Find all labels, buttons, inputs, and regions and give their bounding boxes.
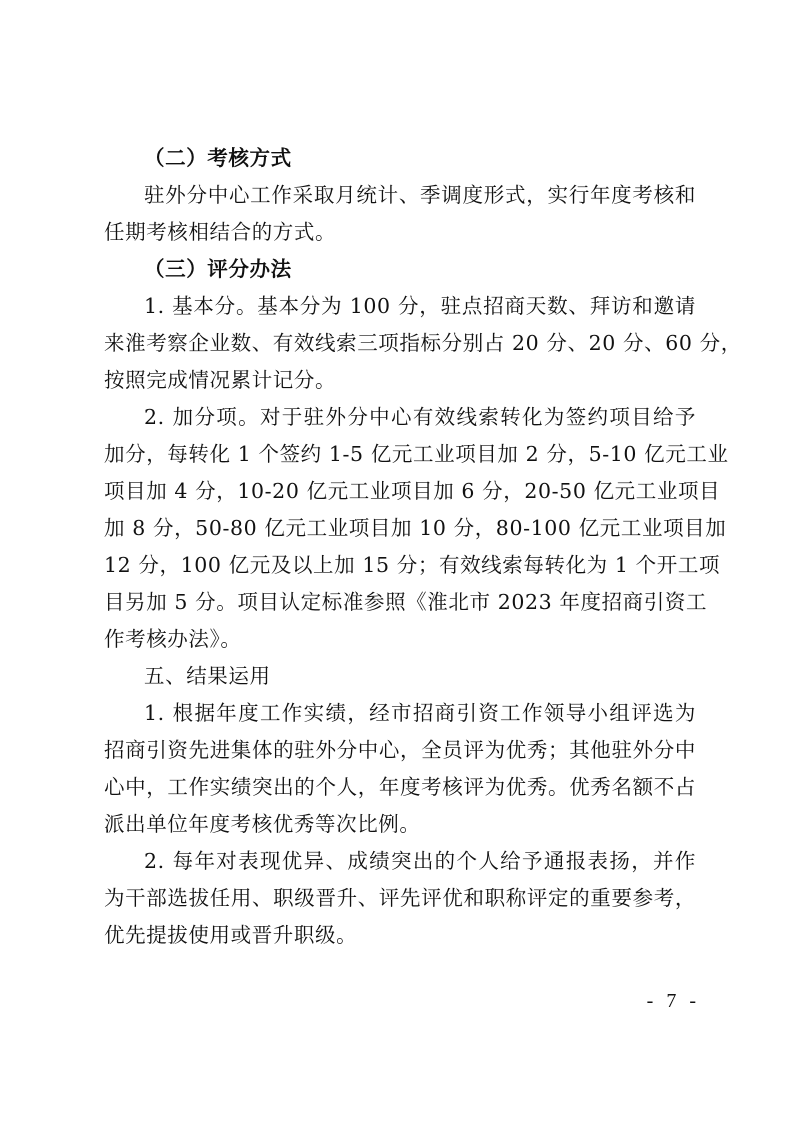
paragraph-line: 2. 每年对表现优异、成绩突出的个人给予通报表扬，并作	[104, 843, 696, 880]
paragraph-line: 招商引资先进集体的驻外分中心，全员评为优秀；其他驻外分中	[104, 732, 696, 769]
page-number: - 7 -	[640, 990, 700, 1013]
paragraph-line: 任期考核相结合的方式。	[104, 214, 696, 251]
section-heading-assessment-method: （二）考核方式	[104, 140, 696, 177]
section-heading-scoring-method: （三）评分办法	[104, 251, 696, 288]
paragraph-line: 2. 加分项。对于驻外分中心有效线索转化为签约项目给予	[104, 399, 696, 436]
paragraph-line: 12 分，100 亿元及以上加 15 分；有效线索每转化为 1 个开工项	[104, 547, 696, 584]
paragraph-line: 目另加 5 分。项目认定标准参照《淮北市 2023 年度招商引资工	[104, 584, 696, 621]
paragraph-line: 加 8 分，50-80 亿元工业项目加 10 分，80-100 亿元工业项目加	[104, 510, 696, 547]
paragraph-line: 按照完成情况累计记分。	[104, 362, 696, 399]
paragraph-line: 心中，工作实绩突出的个人，年度考核评为优秀。优秀名额不占	[104, 769, 696, 806]
document-page: （二）考核方式 驻外分中心工作采取月统计、季调度形式，实行年度考核和 任期考核相…	[104, 140, 696, 954]
paragraph-line: 1. 根据年度工作实绩，经市招商引资工作领导小组评选为	[104, 695, 696, 732]
paragraph-line: 作考核办法》。	[104, 621, 696, 658]
paragraph-line: 驻外分中心工作采取月统计、季调度形式，实行年度考核和	[104, 177, 696, 214]
paragraph-line: 派出单位年度考核优秀等次比例。	[104, 806, 696, 843]
paragraph-line: 加分，每转化 1 个签约 1-5 亿元工业项目加 2 分，5-10 亿元工业	[104, 436, 696, 473]
paragraph-line: 为干部选拔任用、职级晋升、评先评优和职称评定的重要参考，	[104, 880, 696, 917]
paragraph-line: 来淮考察企业数、有效线索三项指标分别占 20 分、20 分、60 分，	[104, 325, 696, 362]
paragraph-line: 项目加 4 分，10-20 亿元工业项目加 6 分，20-50 亿元工业项目	[104, 473, 696, 510]
paragraph-line: 优先提拔使用或晋升职级。	[104, 917, 696, 954]
section-heading-result-application: 五、结果运用	[104, 658, 696, 695]
paragraph-line: 1. 基本分。基本分为 100 分，驻点招商天数、拜访和邀请	[104, 288, 696, 325]
